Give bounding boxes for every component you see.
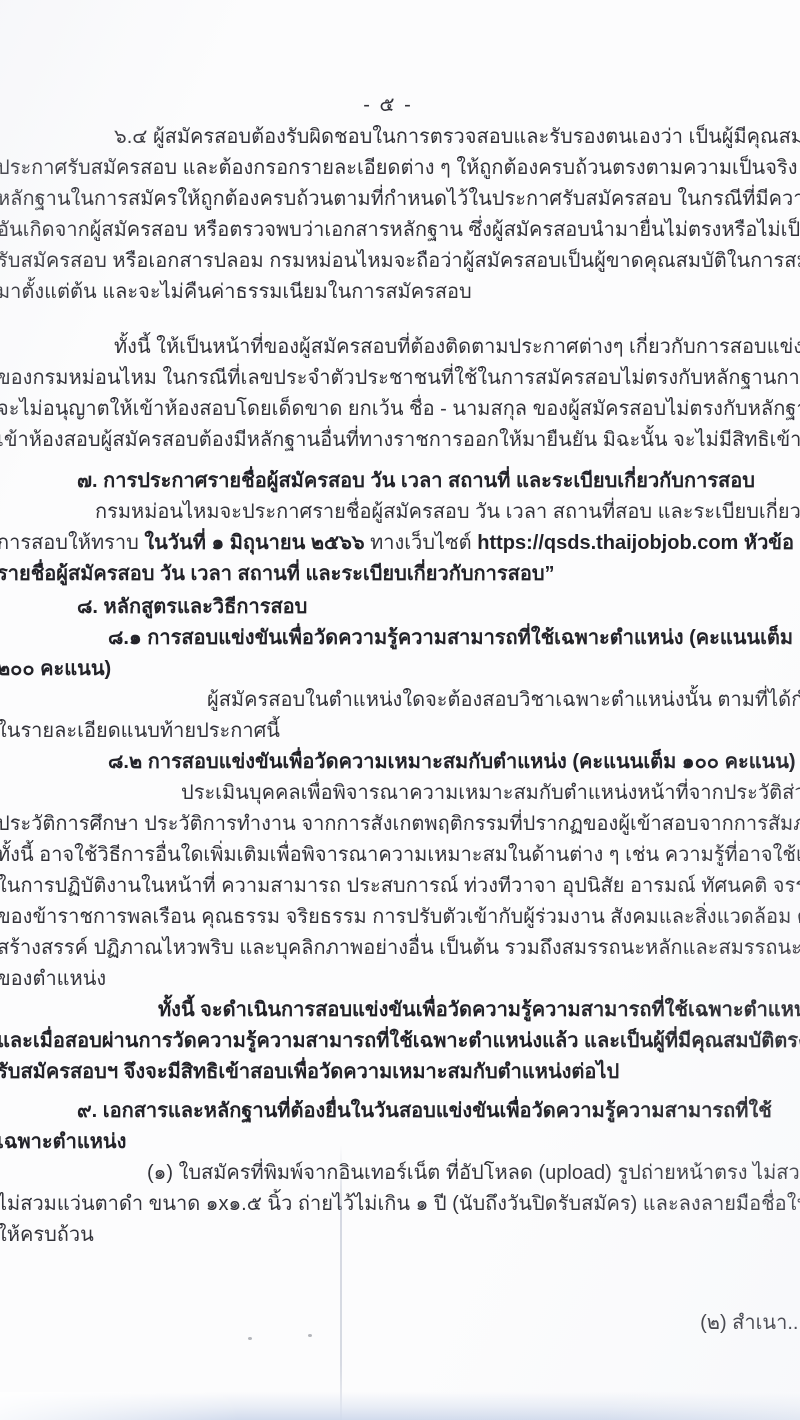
- section-7-heading-line: ๗. การประกาศรายชื่อผู้สมัครสอบ วัน เวลา …: [0, 466, 800, 497]
- scan-speck-artifact: [308, 1334, 312, 1337]
- clause-6-4-line: ประกาศรับสมัครสอบ และต้องกรอกรายละเอียดต…: [0, 153, 800, 184]
- text-segment: การสอบให้ทราบ: [0, 532, 144, 554]
- clause-6-4-line: หลักฐานในการสมัครให้ถูกต้องครบถ้วนตามที่…: [0, 184, 800, 215]
- section-9-heading-line: เฉพาะตำแหน่ง: [0, 1127, 800, 1158]
- scan-speck-artifact: [248, 1337, 252, 1340]
- bold-text-segment: ๙. เอกสารและหลักฐานที่ต้องยื่นในวันสอบแข…: [77, 1100, 772, 1122]
- bold-text-segment: และเมื่อสอบผ่านการวัดความรู้ความสามารถที…: [0, 1030, 800, 1052]
- text-segment: กรมหม่อนไหมจะประกาศรายชื่อผู้สมัครสอบ วั…: [95, 501, 800, 523]
- text-segment: หลักฐานในการสมัครให้ถูกต้องครบถ้วนตามที่…: [0, 188, 800, 210]
- clause-8-2-line: ๘.๒ การสอบแข่งขันเพื่อวัดความเหมาะสมกับต…: [0, 747, 800, 778]
- text-segment: ให้ครบถ้วน: [0, 1224, 94, 1246]
- applicant-duty-paragraph-line: ทั้งนี้ ให้เป็นหน้าที่ของผู้สมัครสอบที่ต…: [0, 332, 800, 363]
- text-segment: ของข้าราชการพลเรือน คุณธรรม จริยธรรม การ…: [0, 906, 800, 928]
- exam-order-paragraph-line: และเมื่อสอบผ่านการวัดความรู้ความสามารถที…: [0, 1026, 800, 1057]
- exam-order-paragraph-line: ทั้งนี้ จะดำเนินการสอบแข่งขันเพื่อวัดควา…: [0, 995, 800, 1026]
- bold-text-segment: ทั้งนี้ จะดำเนินการสอบแข่งขันเพื่อวัดควา…: [158, 999, 800, 1021]
- text-segment: จะไม่อนุญาตให้เข้าห้องสอบโดยเด็ดขาด ยกเว…: [0, 398, 800, 420]
- exam-order-paragraph-line: รับสมัครสอบฯ จึงจะมีสิทธิเข้าสอบเพื่อวัด…: [0, 1057, 800, 1088]
- text-segment: ๖.๔ ผู้สมัครสอบต้องรับผิดชอบในการตรวจสอบ…: [114, 126, 800, 148]
- bold-text-segment: ๗. การประกาศรายชื่อผู้สมัครสอบ วัน เวลา …: [77, 470, 755, 492]
- text-segment: ในการปฏิบัติงานในหน้าที่ ความสามารถ ประส…: [0, 875, 800, 897]
- clause-8-1-line: ในรายละเอียดแนบท้ายประกาศนี้: [0, 716, 800, 747]
- text-segment: รับสมัครสอบ หรือเอกสารปลอม กรมหม่อนไหมจะ…: [0, 250, 800, 272]
- bold-text-segment: รับสมัครสอบฯ จึงจะมีสิทธิเข้าสอบเพื่อวัด…: [0, 1061, 619, 1083]
- clause-8-2-line: ประเมินบุคคลเพื่อพิจารณาความเหมาะสมกับตำ…: [0, 778, 800, 809]
- continuation-note: (๒) สำเนา...: [700, 1306, 800, 1338]
- text-segment: ทั้งนี้ ให้เป็นหน้าที่ของผู้สมัครสอบที่ต…: [114, 336, 800, 358]
- text-segment: ทางเว็บไซต์: [370, 532, 477, 554]
- clause-6-4-line: มาตั้งแต่ต้น และจะไม่คืนค่าธรรมเนียมในกา…: [0, 277, 800, 308]
- text-segment: ทั้งนี้ อาจใช้วิธีการอื่นใดเพิ่มเติมเพื่…: [0, 844, 800, 866]
- applicant-duty-paragraph-line: เข้าห้องสอบผู้สมัครสอบต้องมีหลักฐานอื่นท…: [0, 425, 800, 456]
- bold-text-segment: เฉพาะตำแหน่ง: [0, 1131, 126, 1153]
- text-segment: ประวัติการศึกษา ประวัติการทำงาน จากการสั…: [0, 813, 800, 835]
- text-segment: ในรายละเอียดแนบท้ายประกาศนี้: [0, 720, 280, 742]
- section-7-body-line: กรมหม่อนไหมจะประกาศรายชื่อผู้สมัครสอบ วั…: [0, 497, 800, 528]
- section-7-body-line: การสอบให้ทราบ ในวันที่ ๑ มิถุนายน ๒๕๖๖ ท…: [0, 528, 800, 559]
- text-lines: ๖.๔ ผู้สมัครสอบต้องรับผิดชอบในการตรวจสอบ…: [0, 122, 800, 1251]
- clause-8-2-line: ของข้าราชการพลเรือน คุณธรรม จริยธรรม การ…: [0, 902, 800, 933]
- text-segment: ประกาศรับสมัครสอบ และต้องกรอกรายละเอียดต…: [0, 157, 800, 179]
- text-segment: ของกรมหม่อนไหม ในกรณีที่เลขประจำตัวประชา…: [0, 367, 800, 389]
- text-segment: ผู้สมัครสอบในตำแหน่งใดจะต้องสอบวิชาเฉพาะ…: [207, 689, 800, 711]
- section-7-body-line: รายชื่อผู้สมัครสอบ วัน เวลา สถานที่ และร…: [0, 559, 800, 590]
- text-segment: (๑) ใบสมัครที่พิมพ์จากอินเทอร์เน็ต ที่อั…: [147, 1162, 800, 1184]
- scan-bottom-edge-band: [0, 1392, 800, 1420]
- clause-6-4-line: อันเกิดจากผู้สมัครสอบ หรือตรวจพบว่าเอกสา…: [0, 215, 800, 246]
- bold-text-segment: https://qsds.thaijobjob.com หัวข้อ “การป…: [477, 532, 800, 554]
- clause-6-4-line: รับสมัครสอบ หรือเอกสารปลอม กรมหม่อนไหมจะ…: [0, 246, 800, 277]
- scanned-document-page: - ๕ - ๖.๔ ผู้สมัครสอบต้องรับผิดชอบในการต…: [0, 0, 800, 1420]
- clause-8-1-line: ๒๐๐ คะแนน): [0, 654, 800, 685]
- bold-text-segment: ๘.๑ การสอบแข่งขันเพื่อวัดความรู้ความสามา…: [108, 627, 793, 649]
- section-9-heading-line: ๙. เอกสารและหลักฐานที่ต้องยื่นในวันสอบแข…: [0, 1096, 800, 1127]
- clause-8-2-line: ประวัติการศึกษา ประวัติการทำงาน จากการสั…: [0, 809, 800, 840]
- page-number: - ๕ -: [0, 88, 776, 120]
- text-segment: อันเกิดจากผู้สมัครสอบ หรือตรวจพบว่าเอกสา…: [0, 219, 800, 241]
- section-8-heading-line: ๘. หลักสูตรและวิธีการสอบ: [0, 592, 800, 623]
- text-segment: เข้าห้องสอบผู้สมัครสอบต้องมีหลักฐานอื่นท…: [0, 429, 800, 451]
- applicant-duty-paragraph-line: ของกรมหม่อนไหม ในกรณีที่เลขประจำตัวประชา…: [0, 363, 800, 394]
- item-1-line: (๑) ใบสมัครที่พิมพ์จากอินเทอร์เน็ต ที่อั…: [0, 1158, 800, 1189]
- clause-8-1-line: ผู้สมัครสอบในตำแหน่งใดจะต้องสอบวิชาเฉพาะ…: [0, 685, 800, 716]
- clause-8-2-line: สร้างสรรค์ ปฏิภาณไหวพริบ และบุคลิกภาพอย่…: [0, 933, 800, 964]
- bold-text-segment: ๘. หลักสูตรและวิธีการสอบ: [77, 596, 307, 618]
- bold-text-segment: ในวันที่ ๑ มิถุนายน ๒๕๖๖: [144, 532, 370, 554]
- applicant-duty-paragraph-line: จะไม่อนุญาตให้เข้าห้องสอบโดยเด็ดขาด ยกเว…: [0, 394, 800, 425]
- bold-text-segment: ๘.๒ การสอบแข่งขันเพื่อวัดความเหมาะสมกับต…: [108, 751, 796, 773]
- text-segment: ของตำแหน่ง: [0, 968, 106, 990]
- item-1-line: ไม่สวมแว่นตาดำ ขนาด ๑x๑.๕ นิ้ว ถ่ายไว้ไม…: [0, 1189, 800, 1220]
- clause-8-1-line: ๘.๑ การสอบแข่งขันเพื่อวัดความรู้ความสามา…: [0, 623, 800, 654]
- text-segment: ไม่สวมแว่นตาดำ ขนาด ๑x๑.๕ นิ้ว ถ่ายไว้ไม…: [0, 1193, 800, 1215]
- bold-text-segment: ๒๐๐ คะแนน): [0, 658, 111, 680]
- item-1-line: ให้ครบถ้วน: [0, 1220, 800, 1251]
- text-segment: มาตั้งแต่ต้น และจะไม่คืนค่าธรรมเนียมในกา…: [0, 281, 472, 303]
- text-segment: สร้างสรรค์ ปฏิภาณไหวพริบ และบุคลิกภาพอย่…: [0, 937, 800, 959]
- clause-6-4-line: ๖.๔ ผู้สมัครสอบต้องรับผิดชอบในการตรวจสอบ…: [0, 122, 800, 153]
- clause-8-2-line: ทั้งนี้ อาจใช้วิธีการอื่นใดเพิ่มเติมเพื่…: [0, 840, 800, 871]
- bold-text-segment: รายชื่อผู้สมัครสอบ วัน เวลา สถานที่ และร…: [0, 563, 555, 585]
- text-segment: ประเมินบุคคลเพื่อพิจารณาความเหมาะสมกับตำ…: [181, 782, 800, 804]
- clause-8-2-line: ของตำแหน่ง: [0, 964, 800, 995]
- clause-8-2-line: ในการปฏิบัติงานในหน้าที่ ความสามารถ ประส…: [0, 871, 800, 902]
